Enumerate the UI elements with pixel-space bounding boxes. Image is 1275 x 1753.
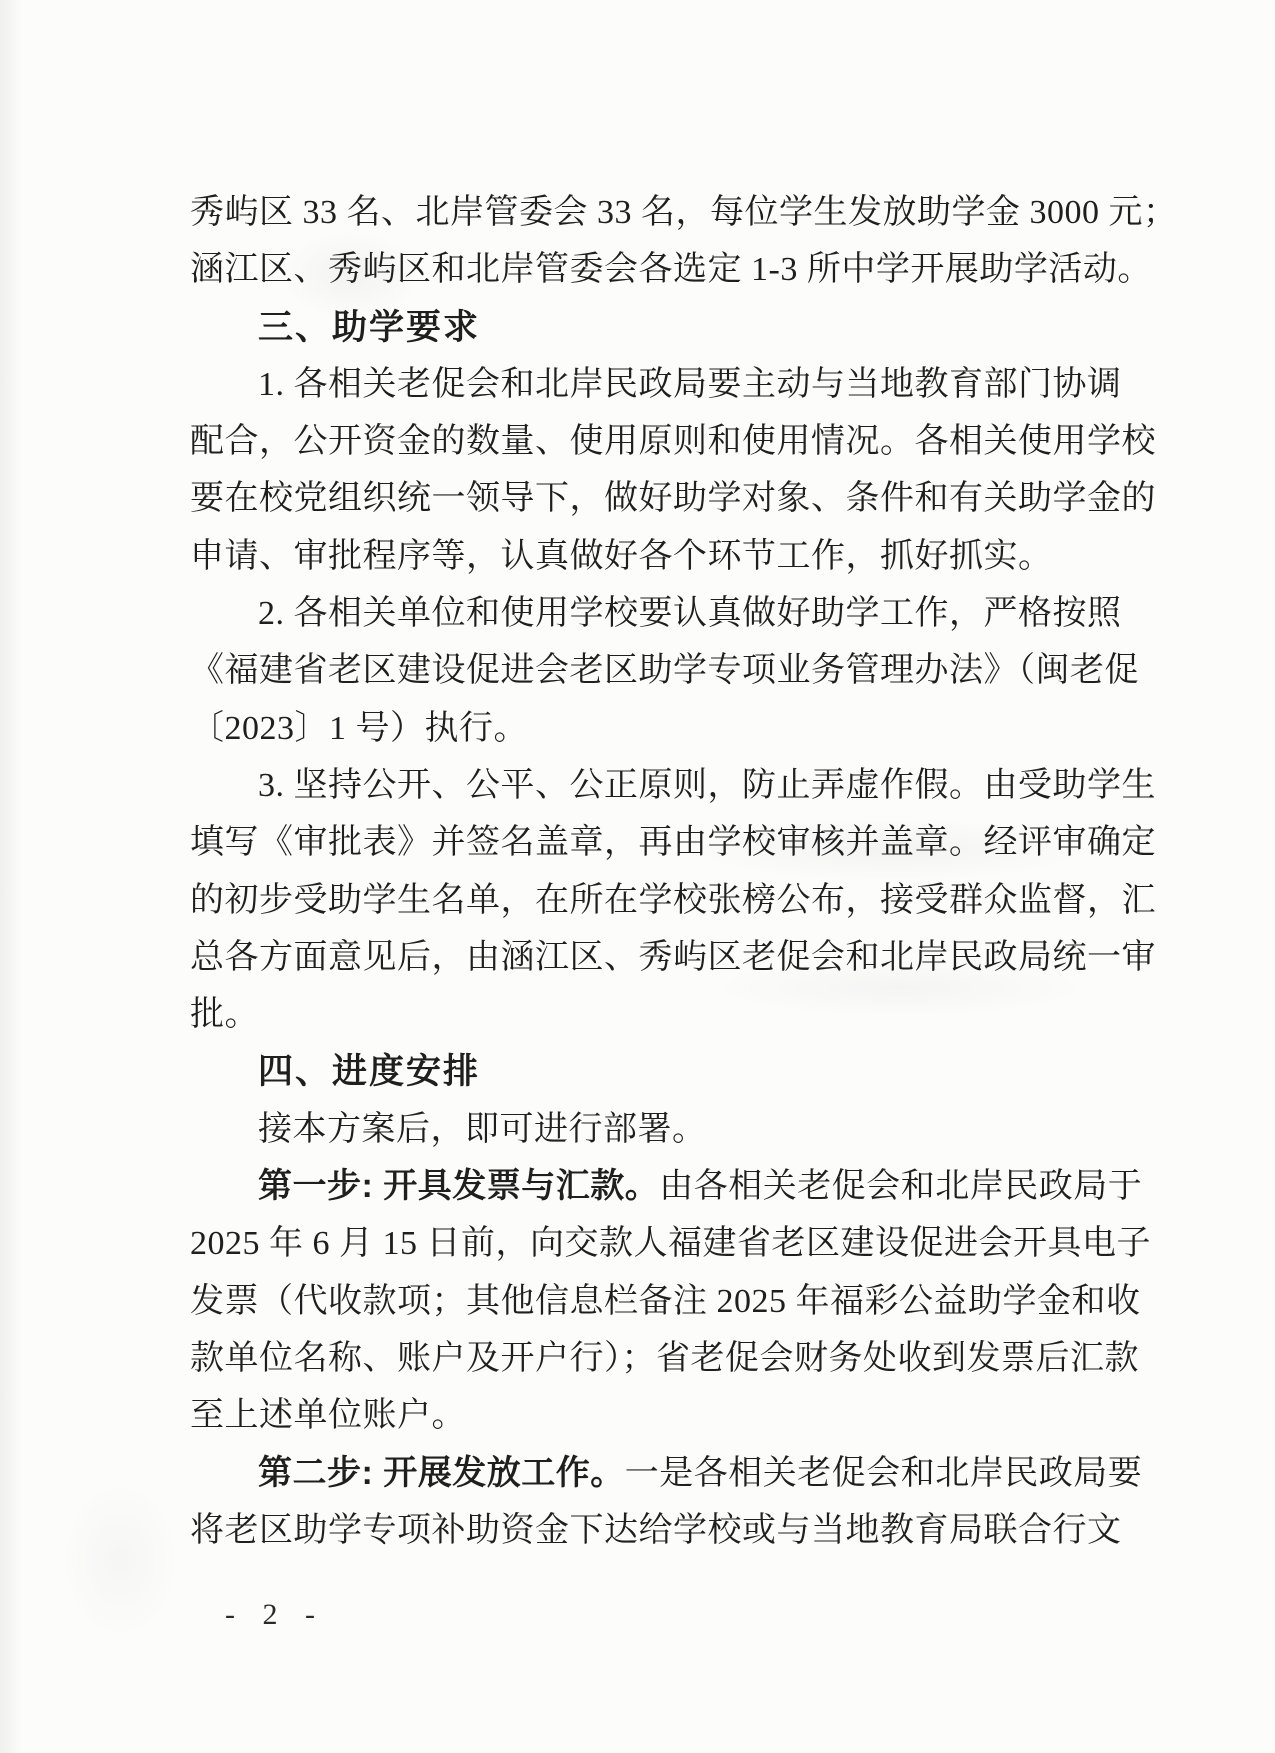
section-heading: 四、进度安排 (190, 1043, 1112, 1100)
text-line: 由各相关老促会和北岸民政局于 (659, 1168, 1142, 1205)
text-line: 总各方面意见后，由涵江区、秀屿区老促会和北岸民政局统一审 (190, 939, 1156, 976)
text-line: 1. 各相关老促会和北岸民政局要主动与当地教育部门协调 (258, 366, 1122, 403)
text-line: 2025 年 6 月 15 日前，向交款人福建省老区建设促进会开具电子 (190, 1225, 1151, 1262)
text-line: 批。 (190, 986, 1112, 1043)
text-line: 要在校党组织统一领导下，做好助学对象、条件和有关助学金的 (190, 470, 1112, 527)
section-heading: 三、助学要求 (190, 299, 1112, 356)
text-line: 秀屿区 33 名、北岸管委会 33 名，每位学生发放助学金 3000 元； (190, 194, 1178, 231)
text-line: 三、助学要求 (258, 308, 480, 347)
text-line: 2. 各相关单位和使用学校要认真做好助学工作，严格按照 (258, 595, 1122, 632)
text-line: 填写《审批表》并签名盖章，再由学校审核并盖章。经评审确定 (190, 824, 1156, 861)
text-line: 《福建省老区建设促进会老区助学专项业务管理办法》（闽老促 (190, 642, 1112, 699)
text-line: 总各方面意见后，由涵江区、秀屿区老促会和北岸民政局统一审 (190, 929, 1112, 986)
text-line: 要在校党组织统一领导下，做好助学对象、条件和有关助学金的 (190, 480, 1156, 517)
text-line: 一是各相关老促会和北岸民政局要 (625, 1455, 1143, 1492)
text-line: 第二步: 开展发放工作。一是各相关老促会和北岸民政局要 (190, 1445, 1112, 1502)
text-line: 款单位名称、账户及开户行）；省老促会财务处收到发票后汇款 (190, 1330, 1112, 1387)
text-line: 1. 各相关老促会和北岸民政局要主动与当地教育部门协调 (190, 356, 1112, 413)
text-line: 批。 (190, 996, 259, 1033)
text-line: 发票（代收款项；其他信息栏备注 2025 年福彩公益助学金和收 (190, 1283, 1141, 1320)
text-line: 申请、审批程序等，认真做好各个环节工作，抓好抓实。 (190, 528, 1112, 585)
text-line: 涵江区、秀屿区和北岸管委会各选定 1-3 所中学开展助学活动。 (190, 241, 1112, 298)
text-line: 至上述单位账户。 (190, 1387, 1112, 1444)
bold-run-in-label: 第二步: 开展发放工作。 (258, 1454, 625, 1492)
text-line: 将老区助学专项补助资金下达给学校或与当地教育局联合行文 (190, 1512, 1122, 1549)
page-number: - 2 - (225, 1598, 325, 1632)
text-line: 的初步受助学生名单，在所在学校张榜公布，接受群众监督，汇 (190, 882, 1156, 919)
scan-edge-shadow (0, 0, 22, 1753)
text-line: 2025 年 6 月 15 日前，向交款人福建省老区建设促进会开具电子 (190, 1215, 1112, 1272)
text-line: 秀屿区 33 名、北岸管委会 33 名，每位学生发放助学金 3000 元； (190, 184, 1112, 241)
text-line: 3. 坚持公开、公平、公正原则，防止弄虚作假。由受助学生 (258, 767, 1156, 804)
document-page: 秀屿区 33 名、北岸管委会 33 名，每位学生发放助学金 3000 元； 涵江… (0, 0, 1275, 1753)
document-body: 秀屿区 33 名、北岸管委会 33 名，每位学生发放助学金 3000 元； 涵江… (190, 184, 1112, 1559)
text-line: 3. 坚持公开、公平、公正原则，防止弄虚作假。由受助学生 (190, 757, 1112, 814)
text-line: 申请、审批程序等，认真做好各个环节工作，抓好抓实。 (190, 538, 1053, 575)
text-line: 〔2023〕1 号）执行。 (190, 710, 528, 747)
text-line: 《福建省老区建设促进会老区助学专项业务管理办法》（闽老促 (190, 652, 1139, 689)
text-line: 接本方案后，即可进行部署。 (258, 1111, 707, 1148)
text-line: 至上述单位账户。 (190, 1397, 466, 1434)
text-line: 将老区助学专项补助资金下达给学校或与当地教育局联合行文 (190, 1502, 1112, 1559)
text-line: 配合，公开资金的数量、使用原则和使用情况。各相关使用学校 (190, 413, 1112, 470)
text-line: 发票（代收款项；其他信息栏备注 2025 年福彩公益助学金和收 (190, 1273, 1112, 1330)
text-line: 〔2023〕1 号）执行。 (190, 700, 1112, 757)
text-line: 填写《审批表》并签名盖章，再由学校审核并盖章。经评审确定 (190, 814, 1112, 871)
text-line: 第一步: 开具发票与汇款。由各相关老促会和北岸民政局于 (190, 1158, 1112, 1215)
text-line: 涵江区、秀屿区和北岸管委会各选定 1-3 所中学开展助学活动。 (190, 251, 1152, 288)
scan-smudge (60, 1480, 180, 1640)
text-line: 接本方案后，即可进行部署。 (190, 1101, 1112, 1158)
text-line: 款单位名称、账户及开户行）；省老促会财务处收到发票后汇款 (190, 1340, 1139, 1377)
bold-run-in-label: 第一步: 开具发票与汇款。 (258, 1167, 659, 1205)
text-line: 四、进度安排 (258, 1052, 480, 1091)
text-line: 的初步受助学生名单，在所在学校张榜公布，接受群众监督，汇 (190, 872, 1112, 929)
text-line: 配合，公开资金的数量、使用原则和使用情况。各相关使用学校 (190, 423, 1156, 460)
text-line: 2. 各相关单位和使用学校要认真做好助学工作，严格按照 (190, 585, 1112, 642)
